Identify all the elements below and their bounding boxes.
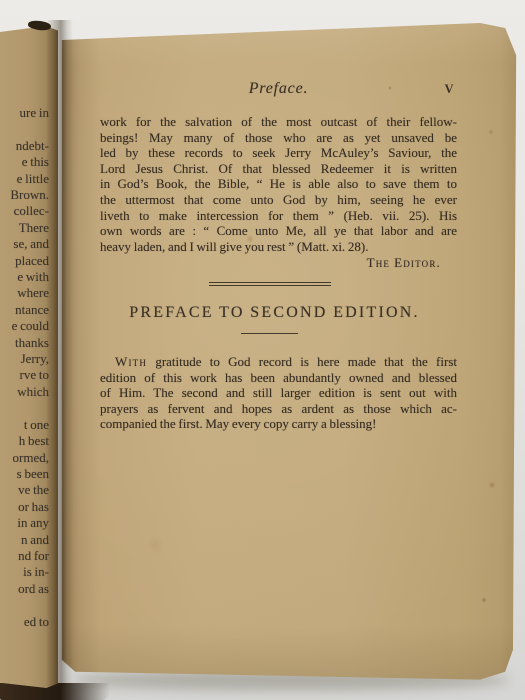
preface-line: own words are : “ Come unto Me, all ye t… <box>100 223 457 239</box>
book-cover-bottom-edge <box>0 683 110 700</box>
preface-line: beings! May many of those who are as yet… <box>100 130 457 146</box>
left-page-line-fragment: ormed, <box>0 450 49 466</box>
left-page-line-fragment: e this <box>0 154 49 170</box>
left-page-line-fragment: ve the <box>0 482 49 498</box>
heading-underline-rule <box>241 333 298 334</box>
preface-line: led by these records to seek Jerry McAul… <box>100 145 457 161</box>
preface-line: edition of this work has been abundantly… <box>100 370 457 386</box>
section-divider-double-rule <box>209 282 331 287</box>
preface-line: the uttermost that come unto God by him,… <box>100 192 457 208</box>
left-page-line-fragment: ure in <box>0 105 49 121</box>
left-page-line-fragment: or has <box>0 499 49 515</box>
preface-line: Lord Jesus Christ. Of that blessed Redee… <box>100 161 457 177</box>
left-page-line-fragment: s been <box>0 466 49 482</box>
left-page-line-fragment: where <box>0 285 49 301</box>
lead-word-small-caps: With <box>115 354 147 369</box>
left-page-text-fragments: ure in ndebt- e this e little Brown. col… <box>0 105 49 630</box>
left-page-line-fragment: placed <box>0 253 49 269</box>
left-page-line-fragment: Brown. <box>0 187 49 203</box>
editor-signature-text: The Editor. <box>367 255 441 270</box>
left-page-line-fragment <box>0 121 49 137</box>
left-page-line-fragment: is in- <box>0 564 49 580</box>
preface-line: heavy laden, and I will give you rest ” … <box>100 239 457 255</box>
page-title: Preface. <box>249 80 309 97</box>
preface-line: of Him. The second and still larger edit… <box>100 385 457 401</box>
page-number: V <box>444 82 454 97</box>
left-page: ure in ndebt- e this e little Brown. col… <box>0 26 58 688</box>
second-edition-heading: PREFACE TO SECOND EDITION. <box>96 305 453 321</box>
preface-line: in God’s Book, the Bible, “ He is able a… <box>100 176 457 192</box>
left-page-line-fragment: rve to <box>0 367 49 383</box>
line-remainder: gratitude to God record is here made tha… <box>147 354 457 369</box>
left-page-line-fragment <box>0 597 49 613</box>
left-page-line-fragment: se, and <box>0 236 49 252</box>
left-page-line-fragment: ndebt- <box>0 138 49 154</box>
left-page-line-fragment: e could <box>0 318 49 334</box>
left-page-line-fragment: Jerry, <box>0 351 49 367</box>
editor-signature: The Editor. <box>100 255 457 271</box>
right-page: Preface. V work for the salvation of the… <box>60 20 518 685</box>
left-page-line-fragment <box>0 400 49 416</box>
left-page-line-fragment: e little <box>0 171 49 187</box>
preface-line: prayers as fervent and hopes as ardent a… <box>100 401 457 417</box>
second-edition-paragraph: With gratitude to God record is here mad… <box>100 354 457 432</box>
book-photograph: ure in ndebt- e this e little Brown. col… <box>0 0 525 700</box>
preface-line: companied the first. May every copy carr… <box>100 416 457 432</box>
left-page-line-fragment: n and <box>0 532 49 548</box>
left-page-line-fragment: collec- <box>0 203 49 219</box>
left-page-line-fragment: ntance <box>0 302 49 318</box>
left-page-line-fragment: thanks <box>0 335 49 351</box>
left-page-line-fragment: e with <box>0 269 49 285</box>
left-page-line-fragment: ord as <box>0 581 49 597</box>
left-page-line-fragment: nd for <box>0 548 49 564</box>
preface-line: liveth to make intercession for them ” (… <box>100 208 457 224</box>
running-header: Preface. <box>100 80 457 98</box>
preface-line: work for the salvation of the most outca… <box>100 114 457 130</box>
left-page-line-fragment: ed to <box>0 614 49 630</box>
preface-line: With gratitude to God record is here mad… <box>100 354 457 370</box>
preface-body: work for the salvation of the most outca… <box>100 114 457 432</box>
left-page-line-fragment: in any <box>0 515 49 531</box>
left-page-line-fragment: which <box>0 384 49 400</box>
left-page-line-fragment: t one <box>0 417 49 433</box>
left-page-line-fragment: There <box>0 220 49 236</box>
left-page-line-fragment: h best <box>0 433 49 449</box>
